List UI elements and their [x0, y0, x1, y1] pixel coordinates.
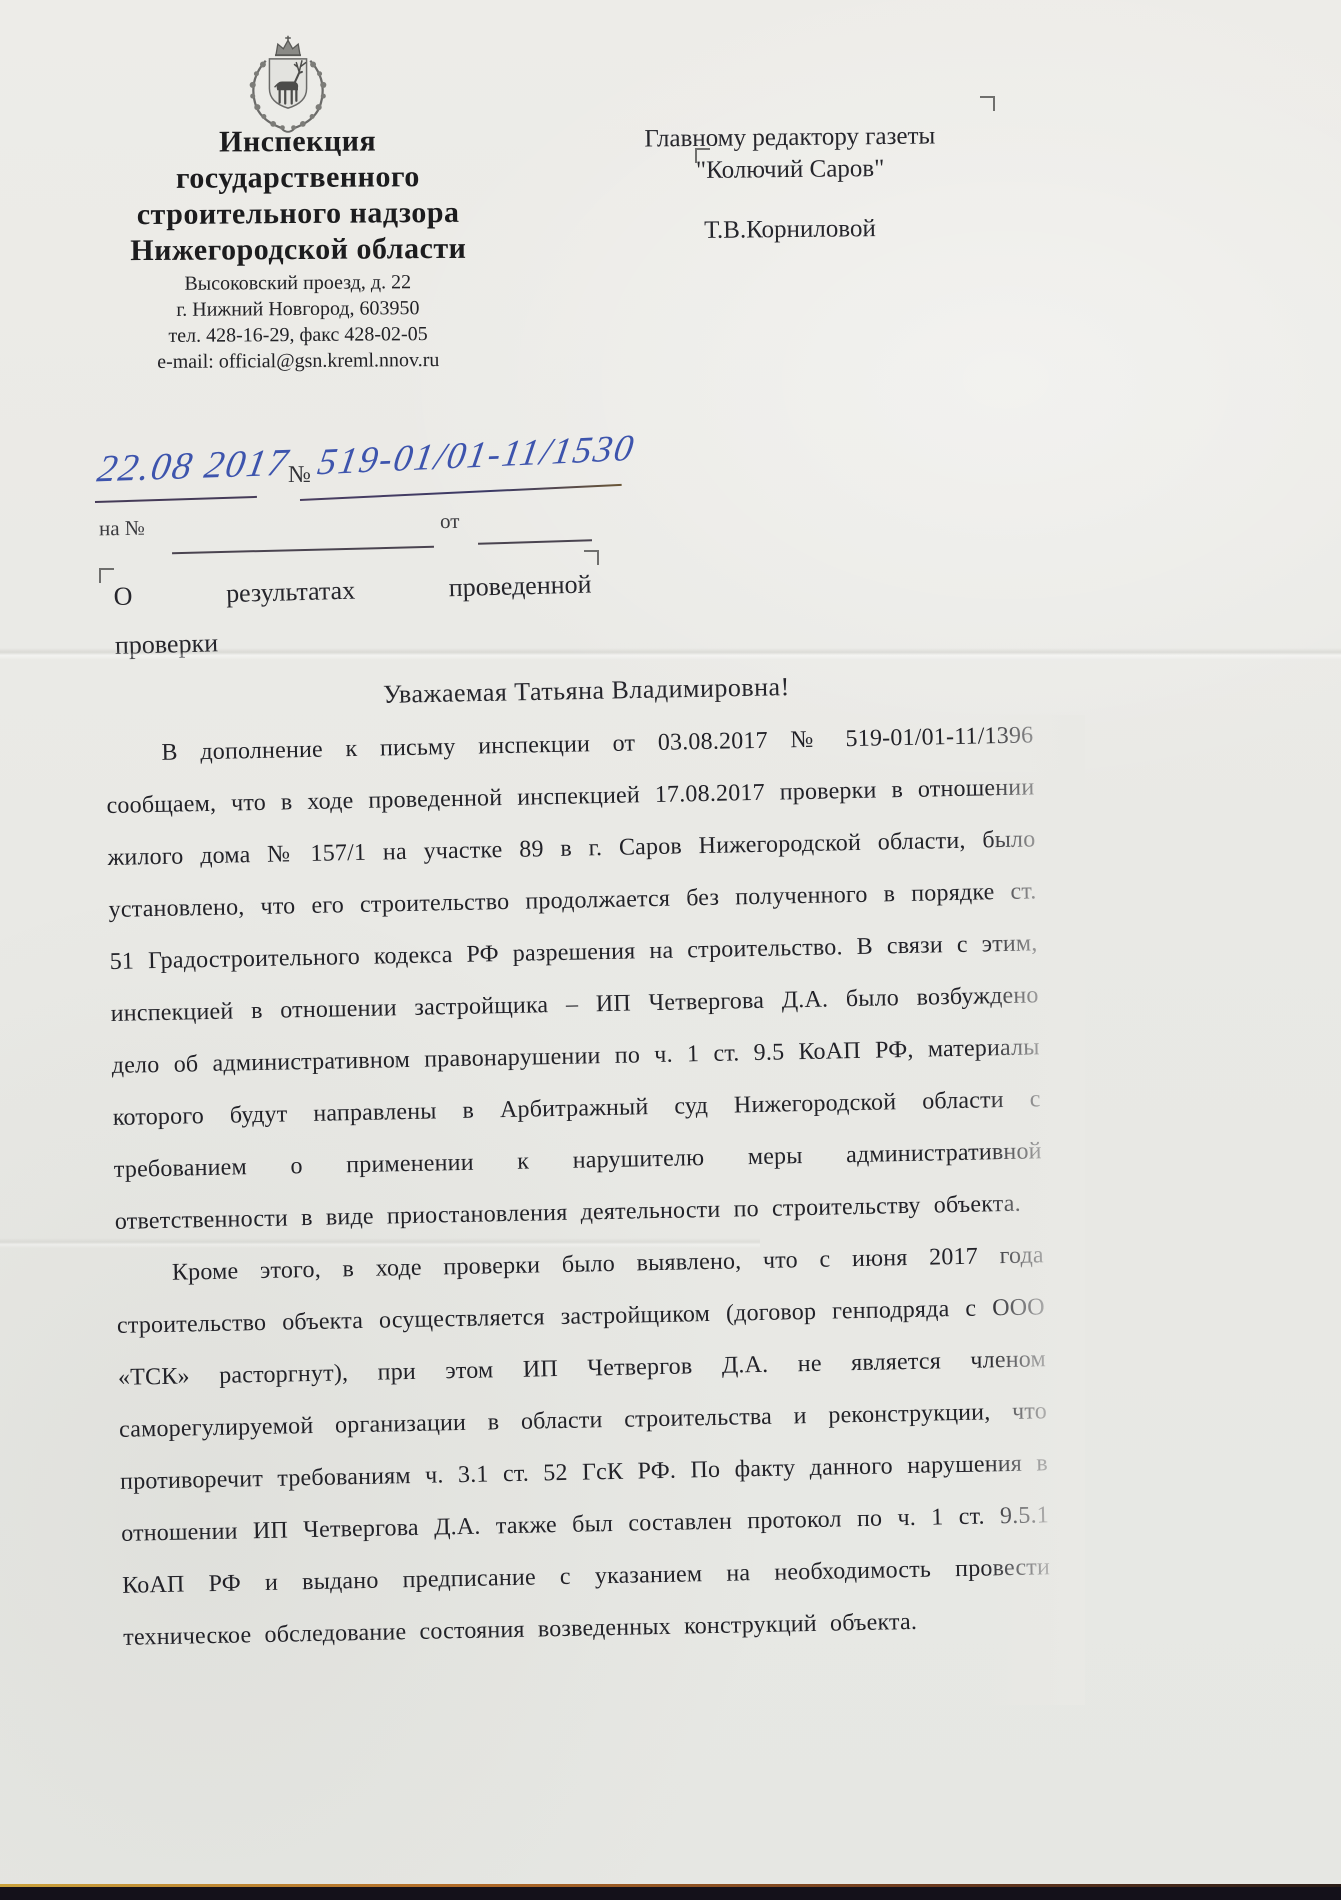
body-paragraph: Кроме этого, в ходе проверки было выявле… — [115, 1229, 1051, 1664]
org-name-line: Инспекция — [103, 123, 493, 162]
reply-to-underline — [172, 546, 434, 554]
address-line: тел. 428-16-29, факс 428-02-05 — [103, 321, 493, 350]
reply-to-label: на № — [99, 516, 145, 542]
letter-body: В дополнение к письму инспекции от 03.08… — [105, 709, 1052, 1663]
reply-from-label: от — [440, 509, 460, 534]
scan-edge-shadow — [0, 1887, 1341, 1900]
body-paragraph: В дополнение к письму инспекции от 03.08… — [105, 709, 1043, 1248]
org-name-line: государственного — [103, 159, 493, 198]
paper-crease — [0, 648, 1341, 660]
paper-crease — [0, 1238, 760, 1248]
recipient-line: "Колючий Саров" — [565, 152, 1015, 189]
recipient-name: Т.В.Корниловой — [565, 214, 1015, 247]
org-name-line: строительного надзора — [103, 195, 493, 234]
address-line: Высоковский проезд, д. 22 — [103, 269, 493, 298]
number-underline — [300, 484, 622, 501]
recipient-corner-mark — [980, 96, 995, 111]
org-name-line: Нижегородской области — [103, 231, 493, 270]
number-sign: № — [288, 462, 311, 489]
subject-corner-mark — [99, 568, 114, 583]
org-name: Инспекция государственного строительного… — [103, 123, 494, 270]
recipient-line: Главному редактору газеты — [565, 120, 1015, 157]
address-line: г. Нижний Новгород, 603950 — [103, 295, 493, 324]
salutation: Уважаемая Татьяна Владимировна! — [383, 672, 790, 710]
handwritten-date: 22.08 2017 — [94, 441, 293, 492]
date-underline — [95, 496, 257, 503]
recipient-block: Главному редактору газеты "Колючий Саров… — [565, 120, 1016, 189]
scanned-letter-page: Инспекция государственного строительного… — [0, 0, 1341, 1900]
address-line: e-mail: official@gsn.kreml.nnov.ru — [103, 347, 493, 376]
scan-fade-overlay — [985, 715, 1085, 1705]
reply-from-underline — [478, 539, 592, 544]
org-address: Высоковский проезд, д. 22 г. Нижний Новг… — [103, 269, 494, 376]
handwritten-number: 519-01/01-11/1530 — [315, 427, 639, 485]
deer-coat-of-arms-icon — [232, 32, 344, 136]
